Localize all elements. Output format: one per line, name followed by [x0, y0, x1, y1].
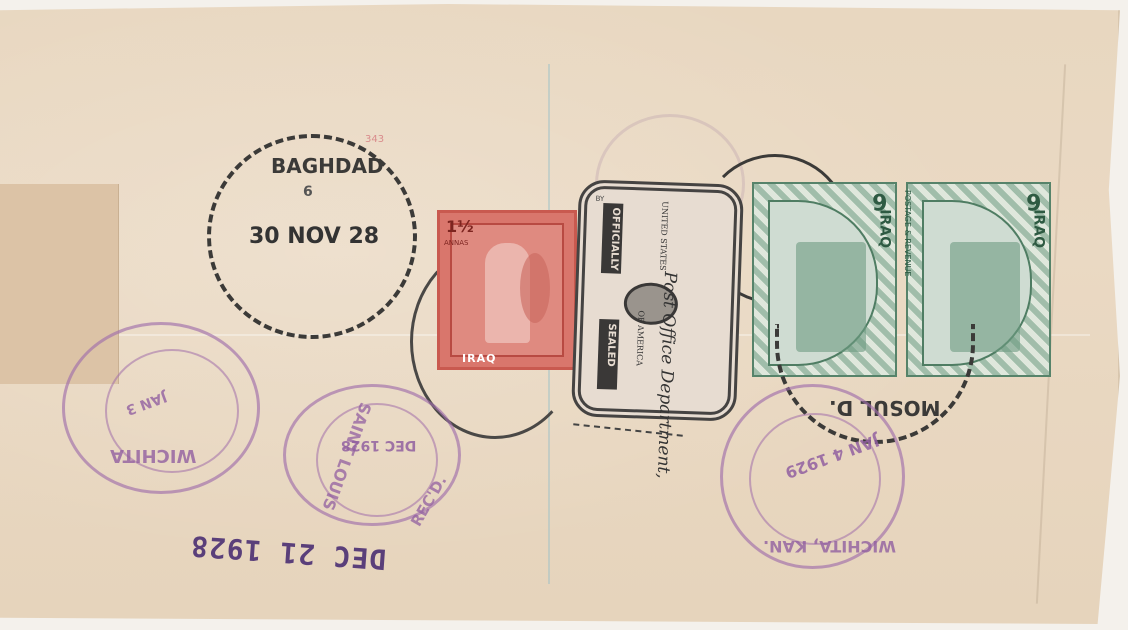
stamp-country: IRAQ	[462, 352, 496, 365]
stamp-side-text: POSTAGE & REVENUE	[903, 190, 912, 276]
seal-line-3: OF AMERICA	[635, 310, 646, 366]
seal-by: BY	[595, 195, 604, 203]
wichita-postmark: JAN 3 WICHITA	[62, 322, 260, 494]
envelope: 343 BAGHDAD 6 30 NOV 28 1½ ANNAS IRAQ BY…	[0, 4, 1120, 624]
stamp-country: IRAQ	[1031, 209, 1047, 248]
date-handstamp: DEC 21 1928	[189, 529, 387, 576]
wichita-kan-postmark: JAN 4 1929 WICHITA, KAN.	[720, 384, 905, 569]
baghdad-postmark: BAGHDAD 6 30 NOV 28	[207, 134, 417, 339]
wing	[520, 253, 550, 323]
postmark-city: BAGHDAD	[271, 154, 384, 178]
seal-sealed: SEALED	[605, 323, 618, 367]
stamp-unit: ANNAS	[444, 239, 469, 247]
pencil-note: 343	[365, 134, 384, 145]
postmark-date: DEC 1928	[341, 437, 416, 453]
seal-box-officially: OFFICIALLY	[601, 203, 623, 274]
stamp-value: 1½	[446, 217, 474, 236]
stamp-iraq-1-5-annas: 1½ ANNAS IRAQ	[437, 210, 577, 370]
seal-box-sealed: SEALED	[597, 319, 619, 390]
seal-line-2: UNITED STATES	[658, 201, 669, 271]
postmark-date: 30 NOV 28	[249, 224, 379, 249]
postmark-inner-ring	[749, 413, 881, 545]
stamp-country: IRAQ	[877, 209, 893, 248]
officially-sealed-label: BY OFFICIALLY SEALED Post Office Departm…	[571, 179, 744, 422]
postmark-city: WICHITA, KAN.	[763, 537, 896, 556]
saint-louis-received-postmark: SAINT LOUIS DEC 1928 REC'D.	[283, 384, 461, 526]
postmark-city: WICHITA	[110, 445, 196, 466]
postmark-number: 6	[303, 184, 313, 200]
seal-officially: OFFICIALLY	[608, 207, 621, 270]
